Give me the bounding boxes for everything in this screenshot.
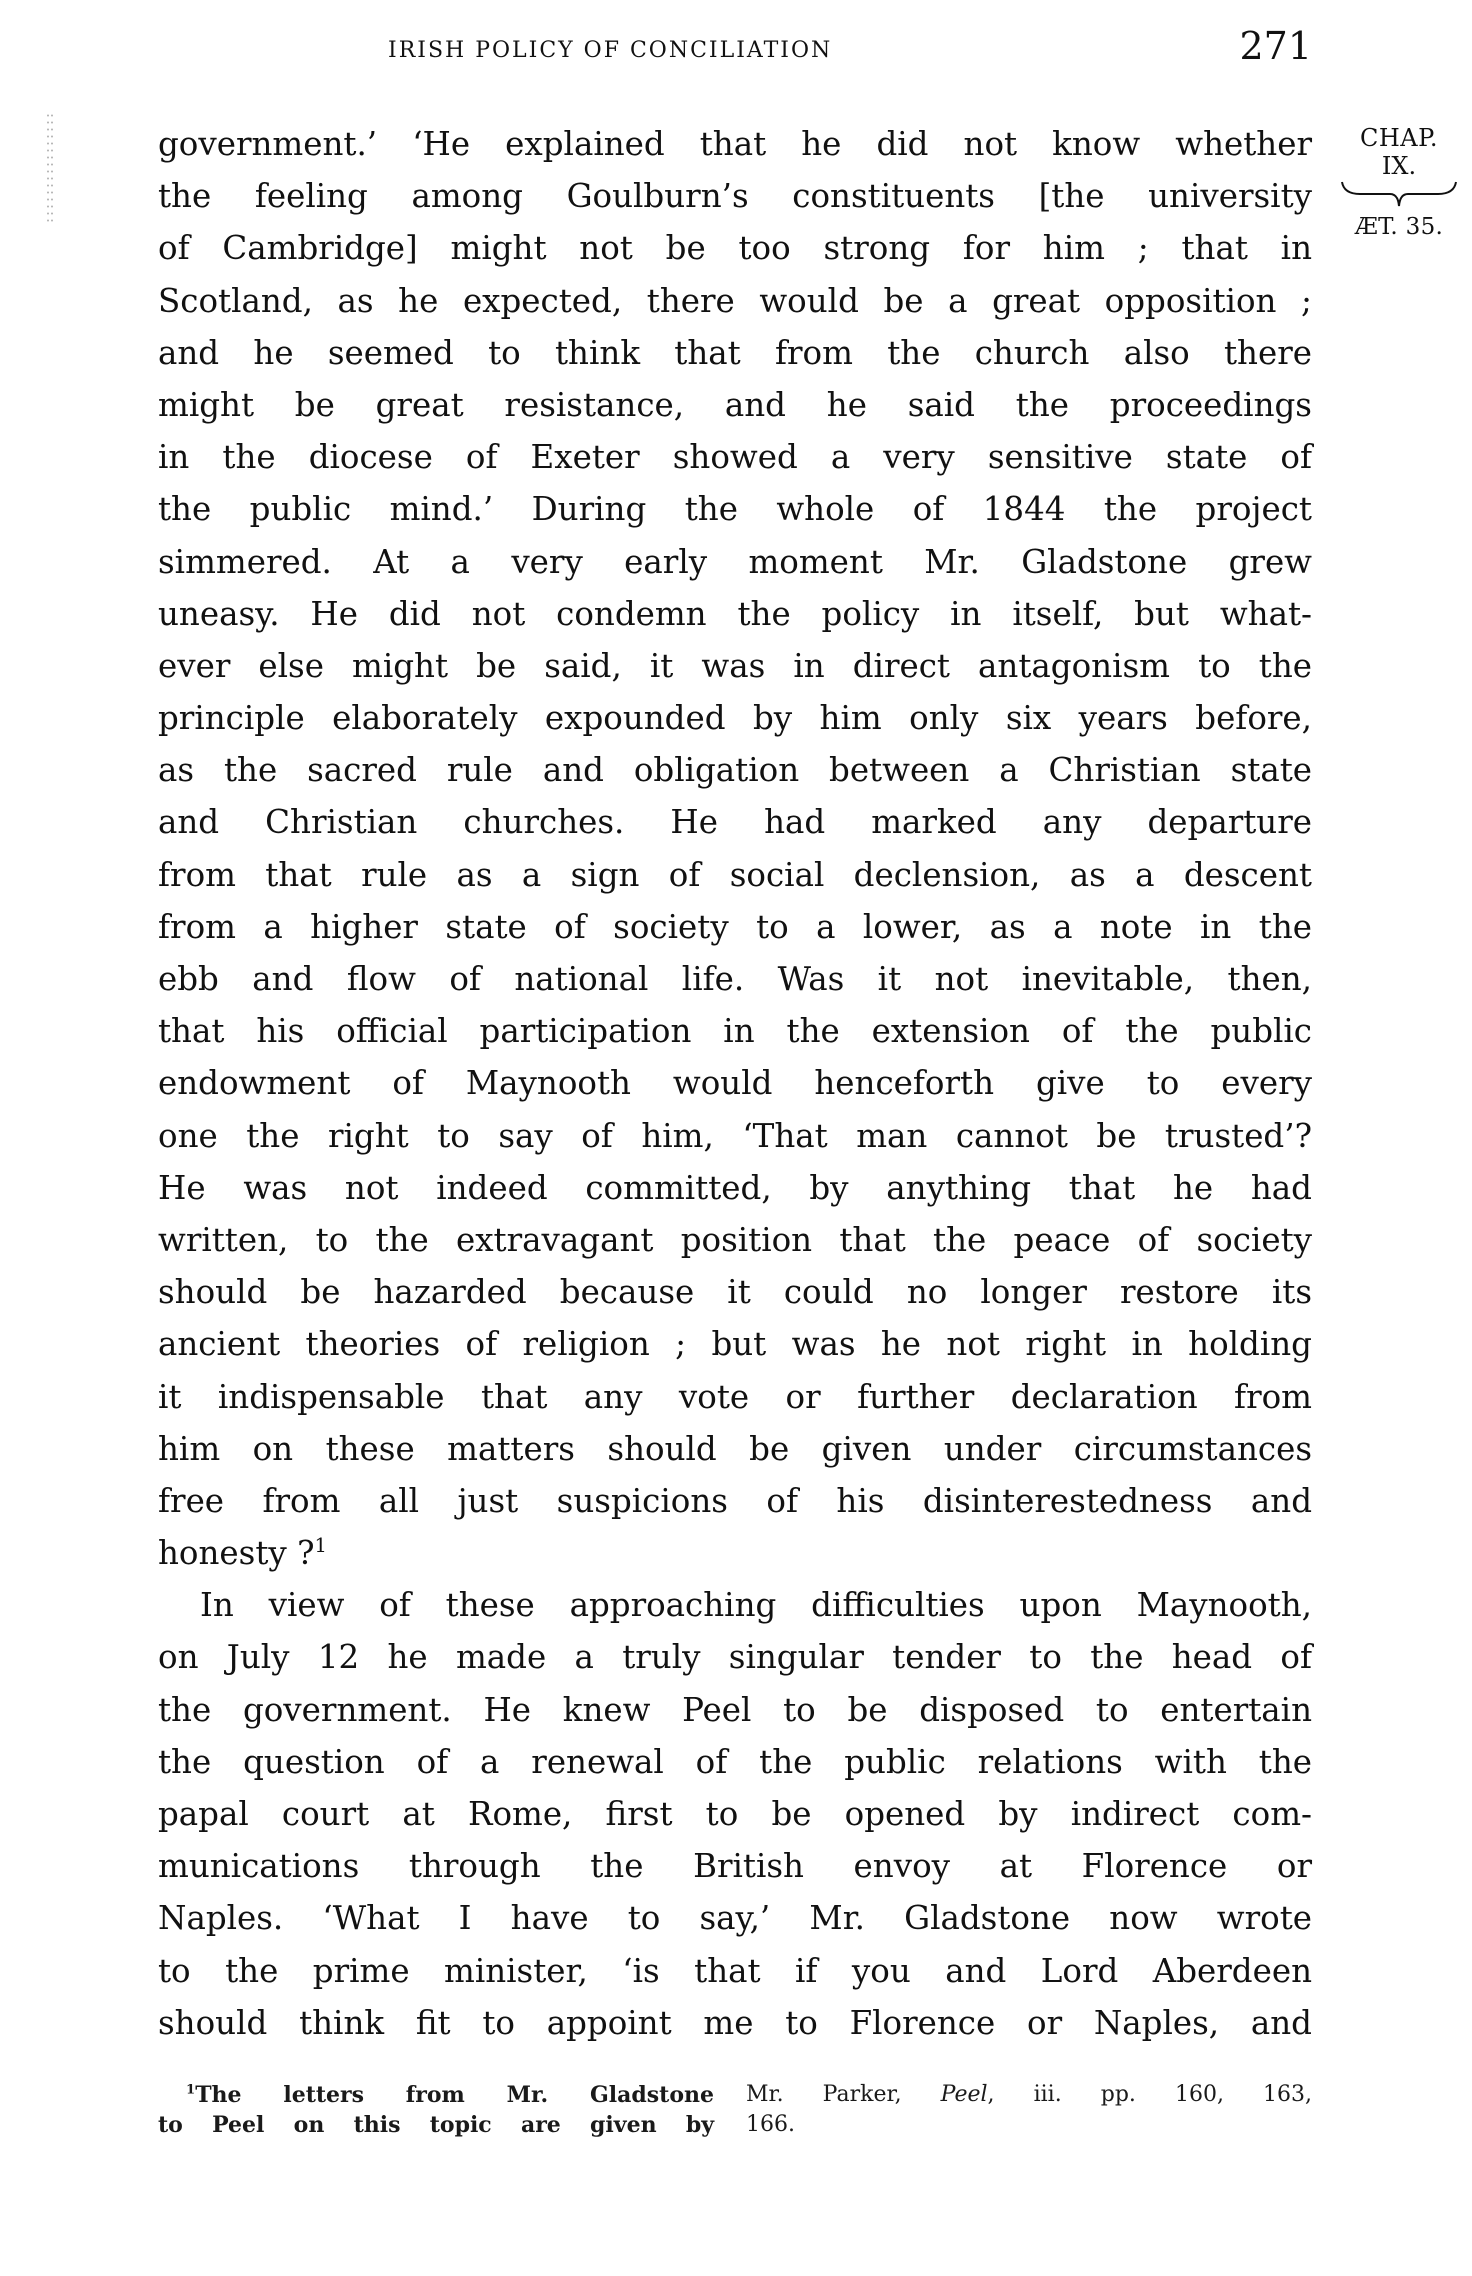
- text-line: simmered. At a very early moment Mr. Gla…: [158, 536, 1312, 588]
- text-line: ebb and flow of national life. Was it no…: [158, 953, 1312, 1005]
- text-line: government.’ ‘He explained that he did n…: [158, 118, 1312, 170]
- footnote: 1The letters from Mr. Gladstone to Peel …: [158, 2080, 1312, 2140]
- text-line: it indispensable that any vote or furthe…: [158, 1371, 1312, 1423]
- footnote-marker: 1: [186, 2083, 195, 2098]
- age-label: ÆT. 35.: [1340, 212, 1458, 242]
- text-line: that his official participation in the e…: [158, 1005, 1312, 1057]
- text-line: papal court at Rome, first to be opened …: [158, 1788, 1312, 1840]
- running-title: IRISH POLICY OF CONCILIATION: [388, 34, 1008, 66]
- text-line: ever else might be said, it was in direc…: [158, 640, 1312, 692]
- text-line: written, to the extravagant position tha…: [158, 1214, 1312, 1266]
- text-line: of Cambridge] might not be too strong fo…: [158, 222, 1312, 274]
- text-line: from a higher state of society to a lowe…: [158, 901, 1312, 953]
- footnote-columns: 1The letters from Mr. Gladstone to Peel …: [158, 2080, 1312, 2140]
- curly-brace-icon: [1340, 180, 1458, 210]
- text-line: ancient theories of religion ; but was h…: [158, 1318, 1312, 1370]
- footnote-line: 1The letters from Mr. Gladstone: [158, 2080, 714, 2110]
- footnote-citation-line: 166.: [746, 2110, 1312, 2140]
- paragraph-start-line: In view of these approaching difficultie…: [158, 1579, 1312, 1631]
- text-line: on July 12 he made a truly singular tend…: [158, 1631, 1312, 1683]
- text-line: the question of a renewal of the public …: [158, 1736, 1312, 1788]
- page-number: 271: [1212, 26, 1312, 66]
- text-line: might be great resistance, and he said t…: [158, 379, 1312, 431]
- text-line: honesty ?: [158, 1534, 315, 1572]
- text-line: and Christian churches. He had marked an…: [158, 796, 1312, 848]
- citation-author: Mr. Parker,: [746, 2082, 941, 2107]
- footnote-right-column: Mr. Parker, Peel, iii. pp. 160, 163, 166…: [746, 2080, 1312, 2140]
- footnote-line: to Peel on this topic are given by: [158, 2110, 714, 2140]
- margin-scan-specks: [46, 112, 54, 222]
- text-line: to the prime minister, ‘is that if you a…: [158, 1945, 1312, 1997]
- text-line: Scotland, as he expected, there would be…: [158, 275, 1312, 327]
- text-line: the public mind.’ During the whole of 18…: [158, 483, 1312, 535]
- footnote-text: The letters from Mr. Gladstone: [195, 2082, 714, 2108]
- text-line: He was not indeed committed, by anything…: [158, 1162, 1312, 1214]
- text-line: free from all just suspicions of his dis…: [158, 1475, 1312, 1527]
- text-line: as the sacred rule and obligation betwee…: [158, 744, 1312, 796]
- chapter-sidenote: CHAP. IX. ÆT. 35.: [1340, 122, 1458, 242]
- text-line: munications through the British envoy at…: [158, 1840, 1312, 1892]
- text-line: the government. He knew Peel to be dispo…: [158, 1684, 1312, 1736]
- text-line: should think fit to appoint me to Floren…: [158, 1997, 1312, 2049]
- text-line: should be hazarded because it could no l…: [158, 1266, 1312, 1318]
- running-title-text: IRISH POLICY OF CONCILIATION: [388, 38, 832, 63]
- text-line: from that rule as a sign of social decle…: [158, 849, 1312, 901]
- footnote-reference[interactable]: 1: [315, 1534, 327, 1557]
- text-line: Naples. ‘What I have to say,’ Mr. Gladst…: [158, 1892, 1312, 1944]
- footnote-left-column: 1The letters from Mr. Gladstone to Peel …: [158, 2080, 714, 2140]
- citation-pages: , iii. pp. 160, 163,: [988, 2082, 1312, 2107]
- footnote-citation-line: Mr. Parker, Peel, iii. pp. 160, 163,: [746, 2080, 1312, 2110]
- paragraph-end-line: honesty ?1: [158, 1527, 1312, 1579]
- chapter-number: IX.: [1340, 152, 1458, 180]
- text-line: the feeling among Goulburn’s constituent…: [158, 170, 1312, 222]
- text-line: in the diocese of Exeter showed a very s…: [158, 431, 1312, 483]
- text-line: and he seemed to think that from the chu…: [158, 327, 1312, 379]
- text-line: one the right to say of him, ‘That man c…: [158, 1110, 1312, 1162]
- text-line: endowment of Maynooth would henceforth g…: [158, 1057, 1312, 1109]
- citation-title: Peel: [941, 2082, 988, 2107]
- chapter-label: CHAP.: [1340, 122, 1458, 154]
- text-line: uneasy. He did not condemn the policy in…: [158, 588, 1312, 640]
- text-line: principle elaborately expounded by him o…: [158, 692, 1312, 744]
- text-line: him on these matters should be given und…: [158, 1423, 1312, 1475]
- body-text: government.’ ‘He explained that he did n…: [158, 118, 1312, 2049]
